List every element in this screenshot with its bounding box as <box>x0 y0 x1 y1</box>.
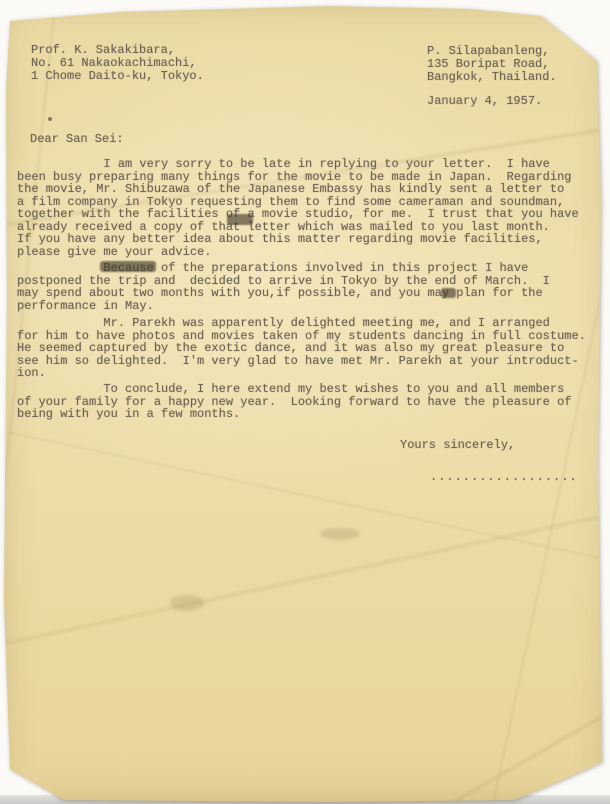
sender-address: P. Silapabanleng, 135 Boripat Road, Bang… <box>427 45 557 84</box>
scan-background: Prof. K. Sakakibara, No. 61 Nakaokachima… <box>0 0 610 804</box>
letter-page-wrapper: Prof. K. Sakakibara, No. 61 Nakaokachima… <box>0 0 610 804</box>
pencil-smudge <box>170 595 204 611</box>
paragraph-new-year-wishes: To conclude, I here extend my best wishe… <box>17 383 572 421</box>
ink-overstrike-mark <box>227 214 253 225</box>
paragraph-movie-preparations: I am very sorry to be late in replying t… <box>17 158 579 258</box>
letter-page: Prof. K. Sakakibara, No. 61 Nakaokachima… <box>0 0 610 804</box>
letter-date: January 4, 1957. <box>427 95 542 108</box>
ink-speck <box>48 117 52 121</box>
pencil-smudge <box>320 528 360 540</box>
paragraph-mr-parekh: Mr. Parekh was apparently delighted meet… <box>17 317 586 380</box>
signature-dots: .................. <box>430 471 578 484</box>
recipient-address: Prof. K. Sakakibara, No. 61 Nakaokachima… <box>31 44 204 83</box>
ink-overstrike-mark <box>441 288 456 298</box>
paragraph-trip-postponed: Because of the preparations involved in … <box>17 262 550 312</box>
salutation: Dear San Sei: <box>30 133 124 146</box>
closing-line: Yours sincerely, <box>400 439 515 452</box>
ink-overstrike-mark <box>100 261 156 272</box>
